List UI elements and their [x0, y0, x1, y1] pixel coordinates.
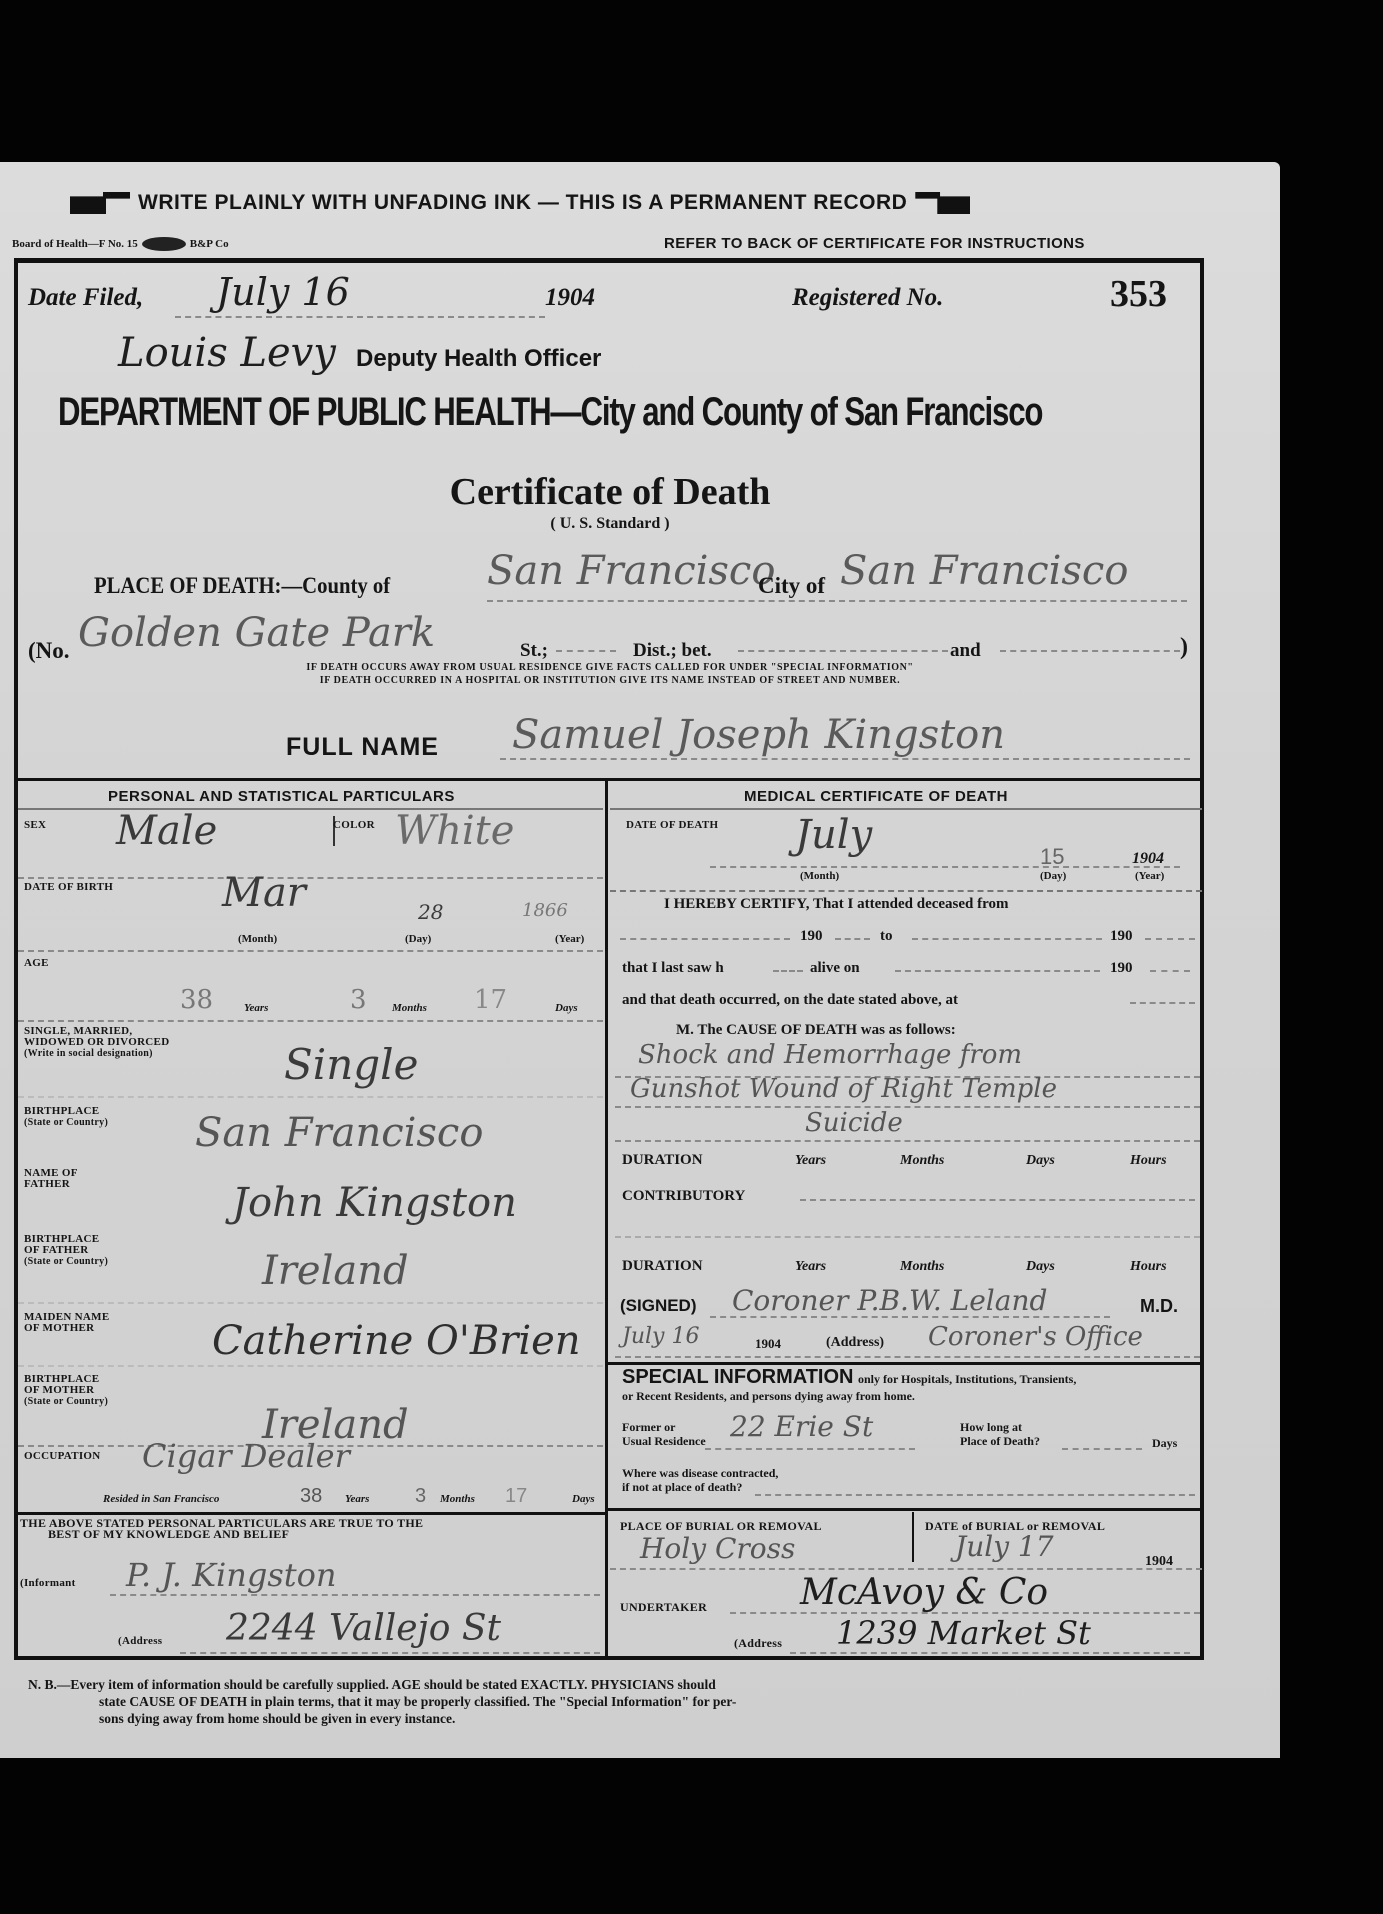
street-address-value: Golden Gate Park: [78, 610, 435, 656]
pointing-hand-icon-left: [70, 192, 130, 214]
contributory-duration-label: DURATION: [622, 1258, 703, 1275]
how-long-days-label: Days: [1152, 1436, 1177, 1451]
age-days-caption: Days: [555, 1002, 578, 1014]
signed-label: (SIGNED): [620, 1296, 697, 1316]
informant-address-label: (Address: [118, 1636, 162, 1647]
undertaker-address-label: (Address: [734, 1638, 782, 1649]
certify-year-from: 190: [800, 928, 823, 945]
sex-label: SEX: [24, 820, 46, 831]
cause-line-1: Shock and Hemorrhage from: [638, 1040, 1022, 1070]
dod-day-caption: (Day): [1040, 870, 1066, 882]
color-label: COLOR: [333, 820, 375, 831]
date-filed-value: July 16: [216, 270, 350, 314]
certify-line-3: and that death occurred, on the date sta…: [622, 992, 958, 1009]
attestation: THE ABOVE STATED PERSONAL PARTICULARS AR…: [20, 1518, 423, 1540]
age-months: 3: [350, 985, 367, 1015]
footnote-line-3: sons dying away from home should be give…: [28, 1710, 1118, 1727]
resided-months: 3: [415, 1485, 426, 1508]
occupation-label: OCCUPATION: [24, 1451, 101, 1462]
dod-month-caption: (Month): [800, 870, 839, 882]
md-label: M.D.: [1140, 1296, 1178, 1317]
dob-day-caption: (Day): [405, 933, 431, 945]
footnote-line-2: state CAUSE OF DEATH in plain terms, tha…: [28, 1693, 1118, 1710]
age-label: AGE: [24, 958, 49, 969]
and-label: and: [950, 640, 981, 662]
contributory-duration-years: Years: [795, 1259, 826, 1275]
father-birthplace-label: BIRTHPLACE OF FATHER (State or Country): [24, 1234, 108, 1267]
medical-address-label: (Address): [826, 1335, 884, 1351]
burial-place-value: Holy Cross: [640, 1532, 795, 1565]
date-filed-label: Date Filed,: [28, 284, 143, 312]
duration-days: Days: [1026, 1153, 1055, 1169]
age-years: 38: [180, 985, 213, 1015]
certify-year-seen: 190: [1110, 960, 1133, 977]
full-name-value: Samuel Joseph Kingston: [512, 712, 1005, 758]
dob-month-caption: (Month): [238, 933, 277, 945]
father-birthplace-value: Ireland: [262, 1248, 409, 1294]
resided-label: Resided in San Francisco: [103, 1493, 219, 1505]
residence-note: IF DEATH OCCURS AWAY FROM USUAL RESIDENC…: [160, 662, 1060, 686]
medical-address-value: Coroner's Office: [928, 1322, 1143, 1352]
age-years-caption: Years: [244, 1002, 268, 1014]
special-info-heading: SPECIAL INFORMATION only for Hospitals, …: [622, 1366, 1076, 1389]
informant-value: P. J. Kingston: [126, 1556, 336, 1594]
department-title: DEPARTMENT OF PUBLIC HEALTH—City and Cou…: [58, 390, 1168, 440]
sex-value: Male: [116, 808, 217, 854]
duration-label: DURATION: [622, 1152, 703, 1169]
mother-name-value: Catherine O'Brien: [212, 1318, 581, 1364]
dob-year: 1866: [522, 900, 568, 921]
dob-year-caption: (Year): [555, 933, 584, 945]
county-value: San Francisco: [487, 548, 775, 594]
certify-alive-on: alive on: [810, 960, 860, 977]
undertaker-value: McAvoy & Co: [800, 1572, 1048, 1613]
dod-year-caption: (Year): [1135, 870, 1164, 882]
age-days: 17: [474, 985, 507, 1015]
footnote-nb: N. B.—: [28, 1677, 70, 1692]
instructions-reference: REFER TO BACK OF CERTIFICATE FOR INSTRUC…: [664, 235, 1085, 252]
personal-heading: PERSONAL AND STATISTICAL PARTICULARS: [108, 788, 455, 805]
how-long-label: How long at Place of Death?: [960, 1420, 1040, 1448]
duration-months: Months: [900, 1153, 944, 1169]
age-months-caption: Months: [392, 1002, 427, 1014]
dod-month: July: [795, 812, 872, 858]
contributory-label: CONTRIBUTORY: [622, 1188, 745, 1205]
father-name-value: John Kingston: [232, 1180, 517, 1226]
former-residence-value: 22 Erie St: [730, 1410, 873, 1443]
contributory-duration-hours: Hours: [1130, 1259, 1167, 1275]
registered-label: Registered No.: [792, 284, 943, 312]
signed-date: July 16: [622, 1324, 699, 1349]
mother-birthplace-label: BIRTHPLACE OF MOTHER (State or Country): [24, 1374, 108, 1407]
contributory-duration-months: Months: [900, 1259, 944, 1275]
standard-subtitle: ( U. S. Standard ): [0, 515, 1220, 533]
union-label-icon: [142, 237, 186, 251]
marital-value: Single: [284, 1040, 418, 1089]
birthplace-value: San Francisco: [195, 1110, 483, 1156]
resided-years: 38: [300, 1485, 322, 1508]
certify-year-to: 190: [1110, 928, 1133, 945]
cause-line-2: Gunshot Wound of Right Temple: [630, 1074, 1057, 1104]
undertaker-address-value: 1239 Market St: [836, 1614, 1091, 1652]
city-label: City of: [758, 573, 825, 599]
mother-name-label: MAIDEN NAME OF MOTHER: [24, 1312, 110, 1334]
street-number-label: (No.: [28, 638, 70, 664]
father-name-label: NAME OF FATHER: [24, 1168, 78, 1190]
certify-line-2: that I last saw h: [622, 960, 724, 977]
cause-line-3: Suicide: [805, 1108, 903, 1138]
district-label: Dist.; bet.: [633, 640, 712, 662]
footnote-line-1: Every item of information should be care…: [70, 1677, 715, 1692]
undertaker-label: UNDERTAKER: [620, 1602, 707, 1613]
duration-years: Years: [795, 1153, 826, 1169]
former-residence-label: Former or Usual Residence: [622, 1420, 706, 1448]
cause-label: M. The CAUSE OF DEATH was as follows:: [676, 1022, 956, 1039]
footnote: N. B.—Every item of information should b…: [28, 1676, 1118, 1727]
special-info-subheading: or Recent Residents, and persons dying a…: [622, 1389, 915, 1404]
officer-signature: Louis Levy: [118, 330, 336, 376]
burial-date-value: July 17: [955, 1530, 1054, 1563]
contributory-duration-days: Days: [1026, 1259, 1055, 1275]
color-value: White: [395, 808, 514, 854]
dob-month: Mar: [222, 870, 306, 916]
certificate-title: Certificate of Death: [0, 470, 1220, 514]
resided-days: 17: [505, 1485, 527, 1508]
registered-number: 353: [1110, 272, 1167, 316]
marital-label: SINGLE, MARRIED, WIDOWED OR DIVORCED (Wr…: [24, 1026, 169, 1059]
close-paren: ): [1180, 634, 1188, 661]
birthplace-label: BIRTHPLACE (State or Country): [24, 1106, 108, 1128]
dob-day: 28: [418, 900, 443, 924]
signed-year: 1904: [755, 1336, 781, 1352]
occupation-value: Cigar Dealer: [142, 1437, 350, 1475]
certify-line-1: I HEREBY CERTIFY, That I attended deceas…: [664, 896, 1009, 913]
dob-label: DATE OF BIRTH: [24, 882, 113, 893]
form-number: Board of Health—F No. 15 B&P Co: [12, 237, 229, 251]
resided-months-caption: Months: [440, 1493, 475, 1505]
resided-years-caption: Years: [345, 1493, 369, 1505]
banner: WRITE PLAINLY WITH UNFADING INK — THIS I…: [70, 188, 1160, 218]
banner-text: WRITE PLAINLY WITH UNFADING INK — THIS I…: [138, 191, 907, 215]
street-label: St.;: [520, 640, 548, 662]
resided-days-caption: Days: [572, 1493, 595, 1505]
date-filed-year: 1904: [545, 284, 595, 312]
disease-contracted-label: Where was disease contracted, if not at …: [622, 1466, 778, 1494]
informant-label: (Informant: [20, 1578, 76, 1589]
signed-value: Coroner P.B.W. Leland: [732, 1284, 1047, 1317]
place-of-death-label: PLACE OF DEATH:—County of: [94, 573, 390, 599]
medical-heading: MEDICAL CERTIFICATE OF DEATH: [744, 788, 1008, 805]
full-name-label: FULL NAME: [286, 733, 439, 762]
pointing-hand-icon-right: [915, 192, 970, 214]
burial-place-label: PLACE OF BURIAL OR REMOVAL: [620, 1521, 822, 1532]
city-value: San Francisco: [840, 548, 1128, 594]
officer-title: Deputy Health Officer: [356, 345, 601, 373]
date-of-death-label: DATE OF DEATH: [626, 820, 718, 831]
certify-to: to: [880, 928, 893, 945]
duration-hours: Hours: [1130, 1153, 1167, 1169]
informant-address-value: 2244 Vallejo St: [226, 1608, 501, 1649]
